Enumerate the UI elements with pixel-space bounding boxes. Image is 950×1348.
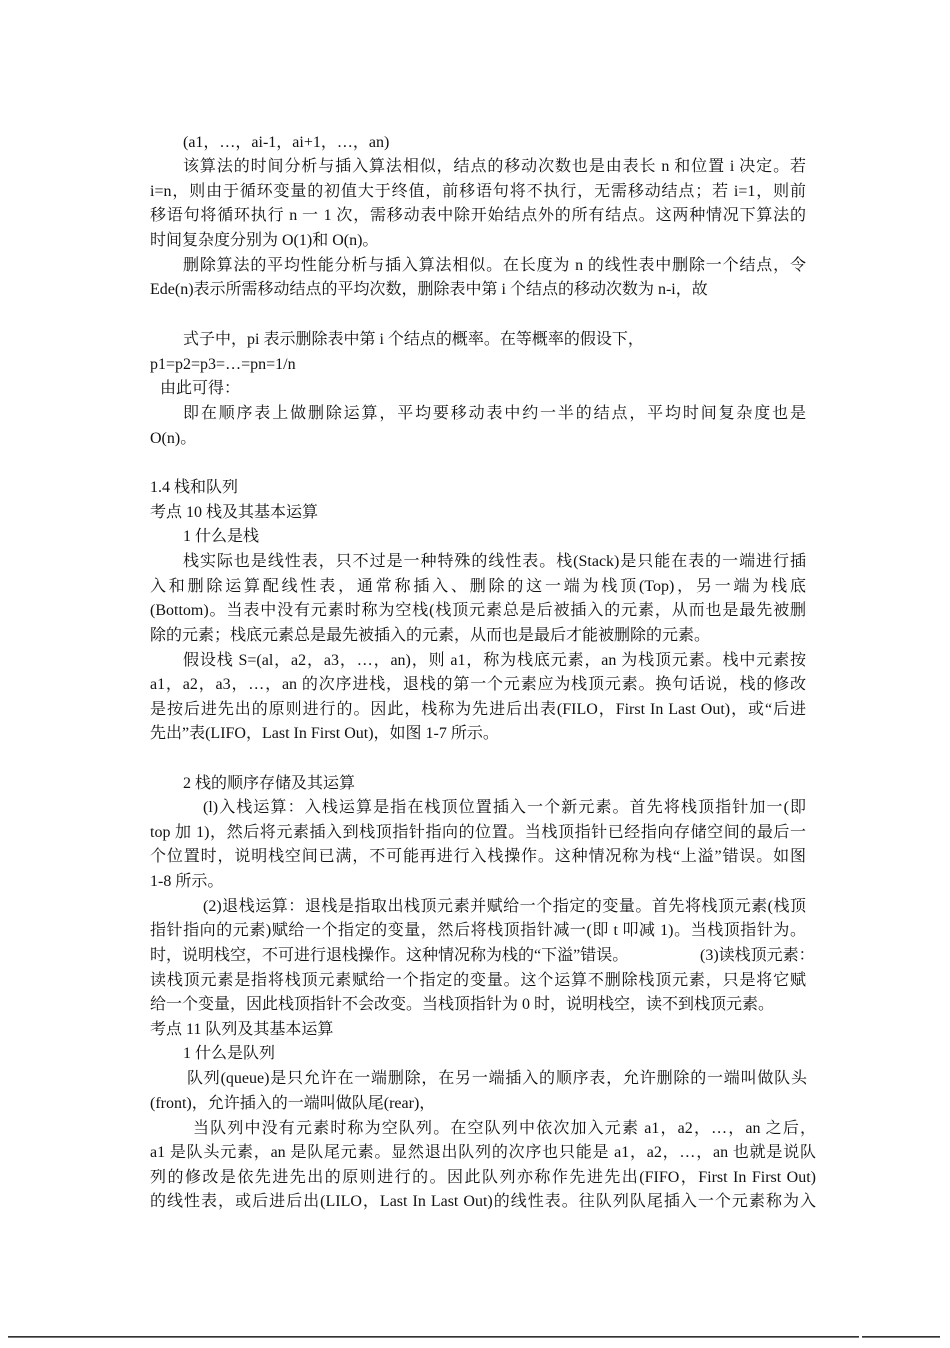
paragraph-line: 先出”表(LIFO，Last In First Out)，如图 1-7 所示。 (150, 722, 806, 746)
paragraph-line-inline-heading: (3)读栈顶元素： (700, 944, 820, 968)
paragraph-line: a1 是队头元素，an 是队尾元素。显然退出队列的次序也只能是 a1，a2，…，… (150, 1141, 816, 1165)
document-page: (a1，…，ai-1，ai+1，…，an) 该算法的时间分析与插入算法相似，结点… (0, 0, 950, 1348)
paragraph-line: 移语句将循环执行 n 一 1 次，需移动表中除开始结点外的所有结点。这两种情况下… (150, 204, 806, 228)
paragraph-line: 栈实际也是线性表，只不过是一种特殊的线性表。栈(Stack)是只能在表的一端进行… (183, 550, 806, 574)
paragraph-line: 指针指向的元素)赋给一个指定的变量，然后将栈顶指针减一(即 t 叩减 1)。当栈… (150, 919, 806, 943)
footer-rule-segment (862, 1336, 940, 1338)
section-heading: 1.4 栈和队列 (150, 476, 806, 500)
topic-heading: 1 什么是队列 (183, 1042, 806, 1066)
paragraph-line: (Bottom)。当表中没有元素时称为空栈(栈顶元素总是后被插入的元素，从而也是… (150, 599, 806, 623)
topic-heading: 2 栈的顺序存储及其运算 (183, 772, 806, 796)
paragraph-line: 该算法的时间分析与插入算法相似，结点的移动次数也是由表长 n 和位置 i 决定。… (183, 155, 806, 179)
paragraph-line: 删除算法的平均性能分析与插入算法相似。在长度为 n 的线性表中删除一个结点，令 (183, 254, 806, 278)
paragraph-line: 的线性表，或后进后出(LILO，Last In Last Out)的线性表。往队… (150, 1190, 816, 1214)
formula-probability: p1=p2=p3=…=pn=1/n (150, 353, 806, 377)
paragraph-line: 当队列中没有元素时称为空队列。在空队列中依次加入元素 a1，a2，…，an 之后… (193, 1117, 816, 1141)
formula-sequence: (a1，…，ai-1，ai+1，…，an) (183, 131, 806, 155)
paragraph-line: 除的元素；栈底元素总是最先被插入的元素，从而也是最后才能被删除的元素。 (150, 624, 806, 648)
paragraph-line: O(n)。 (150, 427, 806, 451)
paragraph-line: 由此可得： (160, 377, 816, 401)
paragraph-line: 读栈顶元素是指将栈顶元素赋给一个指定的变量。这个运算不删除栈顶元素，只是将它赋 (150, 969, 806, 993)
paragraph-line: 是按后进先出的原则进行的。因此，栈称为先进后出表(FILO，First In L… (150, 698, 806, 722)
paragraph-line: (front)，允许插入的一端叫做队尾(rear)， (150, 1092, 806, 1116)
subsection-heading: 考点 10 栈及其基本运算 (150, 501, 806, 525)
paragraph-line: 队列(queue)是只允许在一端删除，在另一端插入的顺序表，允许删除的一端叫做队… (187, 1067, 807, 1091)
topic-heading: 1 什么是栈 (183, 525, 806, 549)
paragraph-line: 入和删除运算配线性表，通常称插入、删除的这一端为栈顶(Top)，另一端为栈底 (150, 575, 806, 599)
paragraph-line: Ede(n)表示所需移动结点的平均次数，删除表中第 i 个结点的移动次数为 n-… (150, 278, 806, 302)
paragraph-line: 列的修改是依先进先出的原则进行的。因此队列亦称作先进先出(FIFO，First … (150, 1166, 816, 1190)
paragraph-line: (2)退栈运算：退栈是指取出栈顶元素并赋给一个指定的变量。首先将栈顶元素(栈顶 (203, 895, 806, 919)
paragraph-line: 时间复杂度分别为 O(1)和 O(n)。 (150, 229, 806, 253)
paragraph-line: top 加 1)，然后将元素插入到栈顶指针指向的位置。当栈顶指针已经指向存储空间… (150, 821, 806, 845)
footer-rule (8, 1336, 859, 1338)
paragraph-line: (l)入栈运算：入栈运算是指在栈顶位置插入一个新元素。首先将栈顶指针加一(即 (203, 796, 806, 820)
subsection-heading: 考点 11 队列及其基本运算 (150, 1018, 806, 1042)
paragraph-line: i=n，则由于循环变量的初值大于终值，前移语句将不执行，无需移动结点；若 i=1… (150, 180, 806, 204)
paragraph-line: 假设栈 S=(al，a2，a3，…，an)，则 a1，称为栈底元素，an 为栈顶… (183, 649, 806, 673)
paragraph-line: 即在顺序表上做删除运算，平均要移动表中约一半的结点，平均时间复杂度也是 (183, 402, 806, 426)
paragraph-line: 给一个变量，因此栈顶指针不会改变。当栈顶指针为 0 时，说明栈空，读不到栈顶元素… (150, 993, 806, 1017)
paragraph-line: 1-8 所示。 (150, 870, 806, 894)
paragraph-line: 个位置时，说明栈空间已满，不可能再进行入栈操作。这种情况称为栈“上溢”错误。如图 (150, 845, 806, 869)
paragraph-line: a1，a2，a3，…，an 的次序进栈，退栈的第一个元素应为栈顶元素。换句话说，… (150, 673, 806, 697)
paragraph-line: 式子中，pi 表示删除表中第 i 个结点的概率。在等概率的假设下， (183, 328, 806, 352)
